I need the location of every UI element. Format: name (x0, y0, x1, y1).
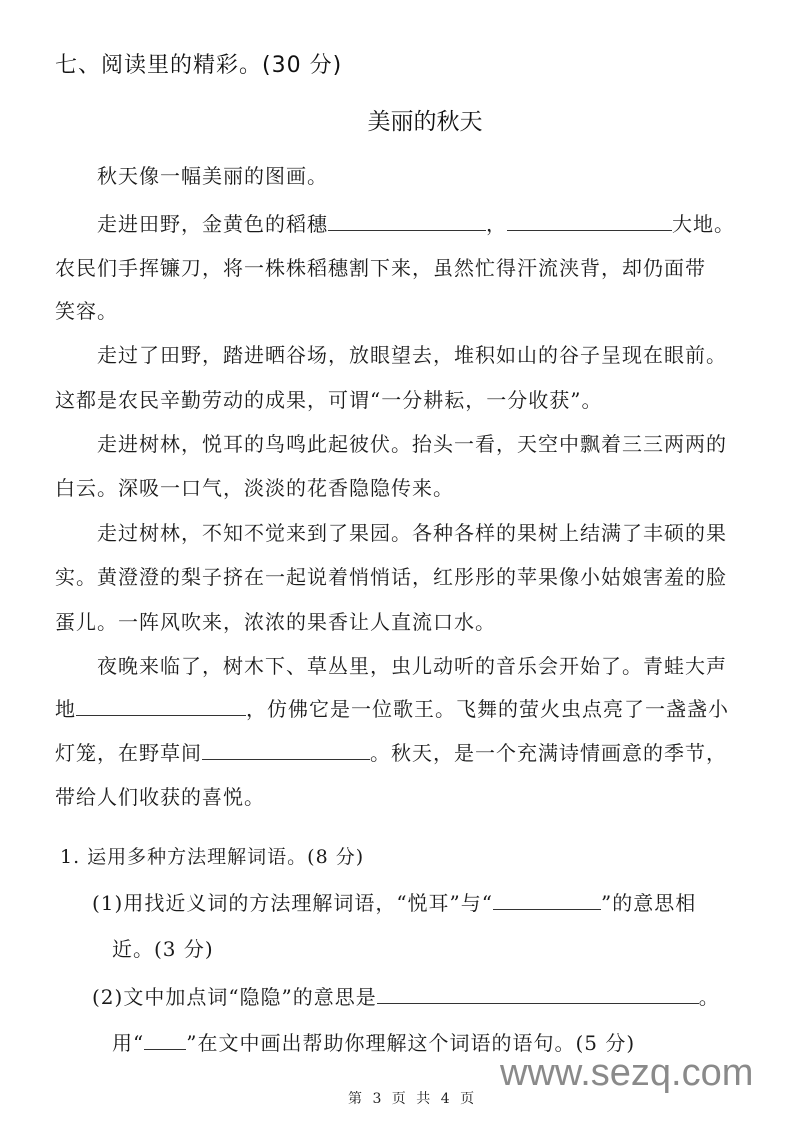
underline-sample (144, 1031, 186, 1050)
watermark: www.sezq.com (500, 1052, 753, 1095)
text: 。 (699, 985, 720, 1009)
paragraph-6-line-4: 带给人们收获的喜悦。 (55, 781, 265, 810)
text: 走进田野，金黄色的稻穗 (97, 212, 328, 236)
text: 。秋天，是一个充满诗情画意的季节， (370, 741, 727, 765)
paragraph-2-line-3: 笑容。 (55, 295, 118, 324)
paragraph-4-line-2: 白云。深吸一口气，淡淡的花香隐隐传来。 (55, 472, 454, 501)
fill-blank-2[interactable] (507, 212, 672, 231)
paragraph-2-line-1: 走进田野，金黄色的稻穗，大地。 (97, 208, 735, 237)
paragraph-5-line-3: 蛋儿。一阵风吹来，浓浓的果香让人直流口水。 (55, 606, 496, 635)
paragraph-6-line-1: 夜晚来临了，树木下、草丛里，虫儿动听的音乐会开始了。青蛙大声 (97, 650, 727, 679)
text: 大地。 (672, 212, 735, 236)
text: ”的意思相 (601, 891, 696, 915)
answer-blank-synonym[interactable] (493, 891, 601, 910)
paragraph-6-line-3: 灯笼，在野草间。秋天，是一个充满诗情画意的季节， (55, 737, 727, 766)
fill-blank-1[interactable] (328, 212, 486, 231)
text: ， (486, 212, 507, 236)
text: 用“ (112, 1031, 144, 1055)
question-1-1-cont: 近。(3 分) (112, 933, 214, 962)
text: ，仿佛它是一位歌王。飞舞的萤火虫点亮了一盏盏小 (246, 697, 729, 721)
paragraph-3-line-1: 走过了田野，踏进晒谷场，放眼望去，堆积如山的谷子呈现在眼前。 (97, 339, 727, 368)
question-1-2: (2)文中加点词“隐隐”的意思是。 (92, 981, 720, 1010)
answer-blank-meaning[interactable] (377, 985, 699, 1004)
paragraph-4-line-1: 走进树林，悦耳的鸟鸣此起彼伏。抬头一看，天空中飘着三三两两的 (97, 428, 727, 457)
paragraph-6-line-2: 地，仿佛它是一位歌王。飞舞的萤火虫点亮了一盏盏小 (55, 693, 729, 722)
fill-blank-4[interactable] (202, 741, 370, 760)
page-footer: 第 3 页 共 4 页 (348, 1088, 477, 1108)
text: (1)用找近义词的方法理解词语，“悦耳”与“ (92, 891, 493, 915)
text: 灯笼，在野草间 (55, 741, 202, 765)
paragraph-5-line-1: 走过树林，不知不觉来到了果园。各种各样的果树上结满了丰硕的果 (97, 517, 727, 546)
fill-blank-3[interactable] (76, 697, 246, 716)
paragraph-5-line-2: 实。黄澄澄的梨子挤在一起说着悄悄话，红彤彤的苹果像小姑娘害羞的脸 (55, 561, 727, 590)
text: 地 (55, 697, 76, 721)
paragraph-3-line-2: 这都是农民辛勤劳动的成果，可谓“一分耕耘，一分收获”。 (55, 384, 602, 413)
article-title: 美丽的秋天 (0, 103, 800, 136)
question-1-1: (1)用找近义词的方法理解词语，“悦耳”与“”的意思相 (92, 887, 696, 916)
paragraph-1: 秋天像一幅美丽的图画。 (97, 160, 328, 189)
text: (2)文中加点词“隐隐”的意思是 (92, 985, 377, 1009)
section-heading: 七、阅读里的精彩。(30 分) (55, 48, 342, 79)
paragraph-2-line-2: 农民们手挥镰刀，将一株株稻穗割下来，虽然忙得汗流浃背，却仍面带 (55, 252, 706, 281)
question-1-title: 1. 运用多种方法理解词语。(8 分) (60, 842, 364, 869)
